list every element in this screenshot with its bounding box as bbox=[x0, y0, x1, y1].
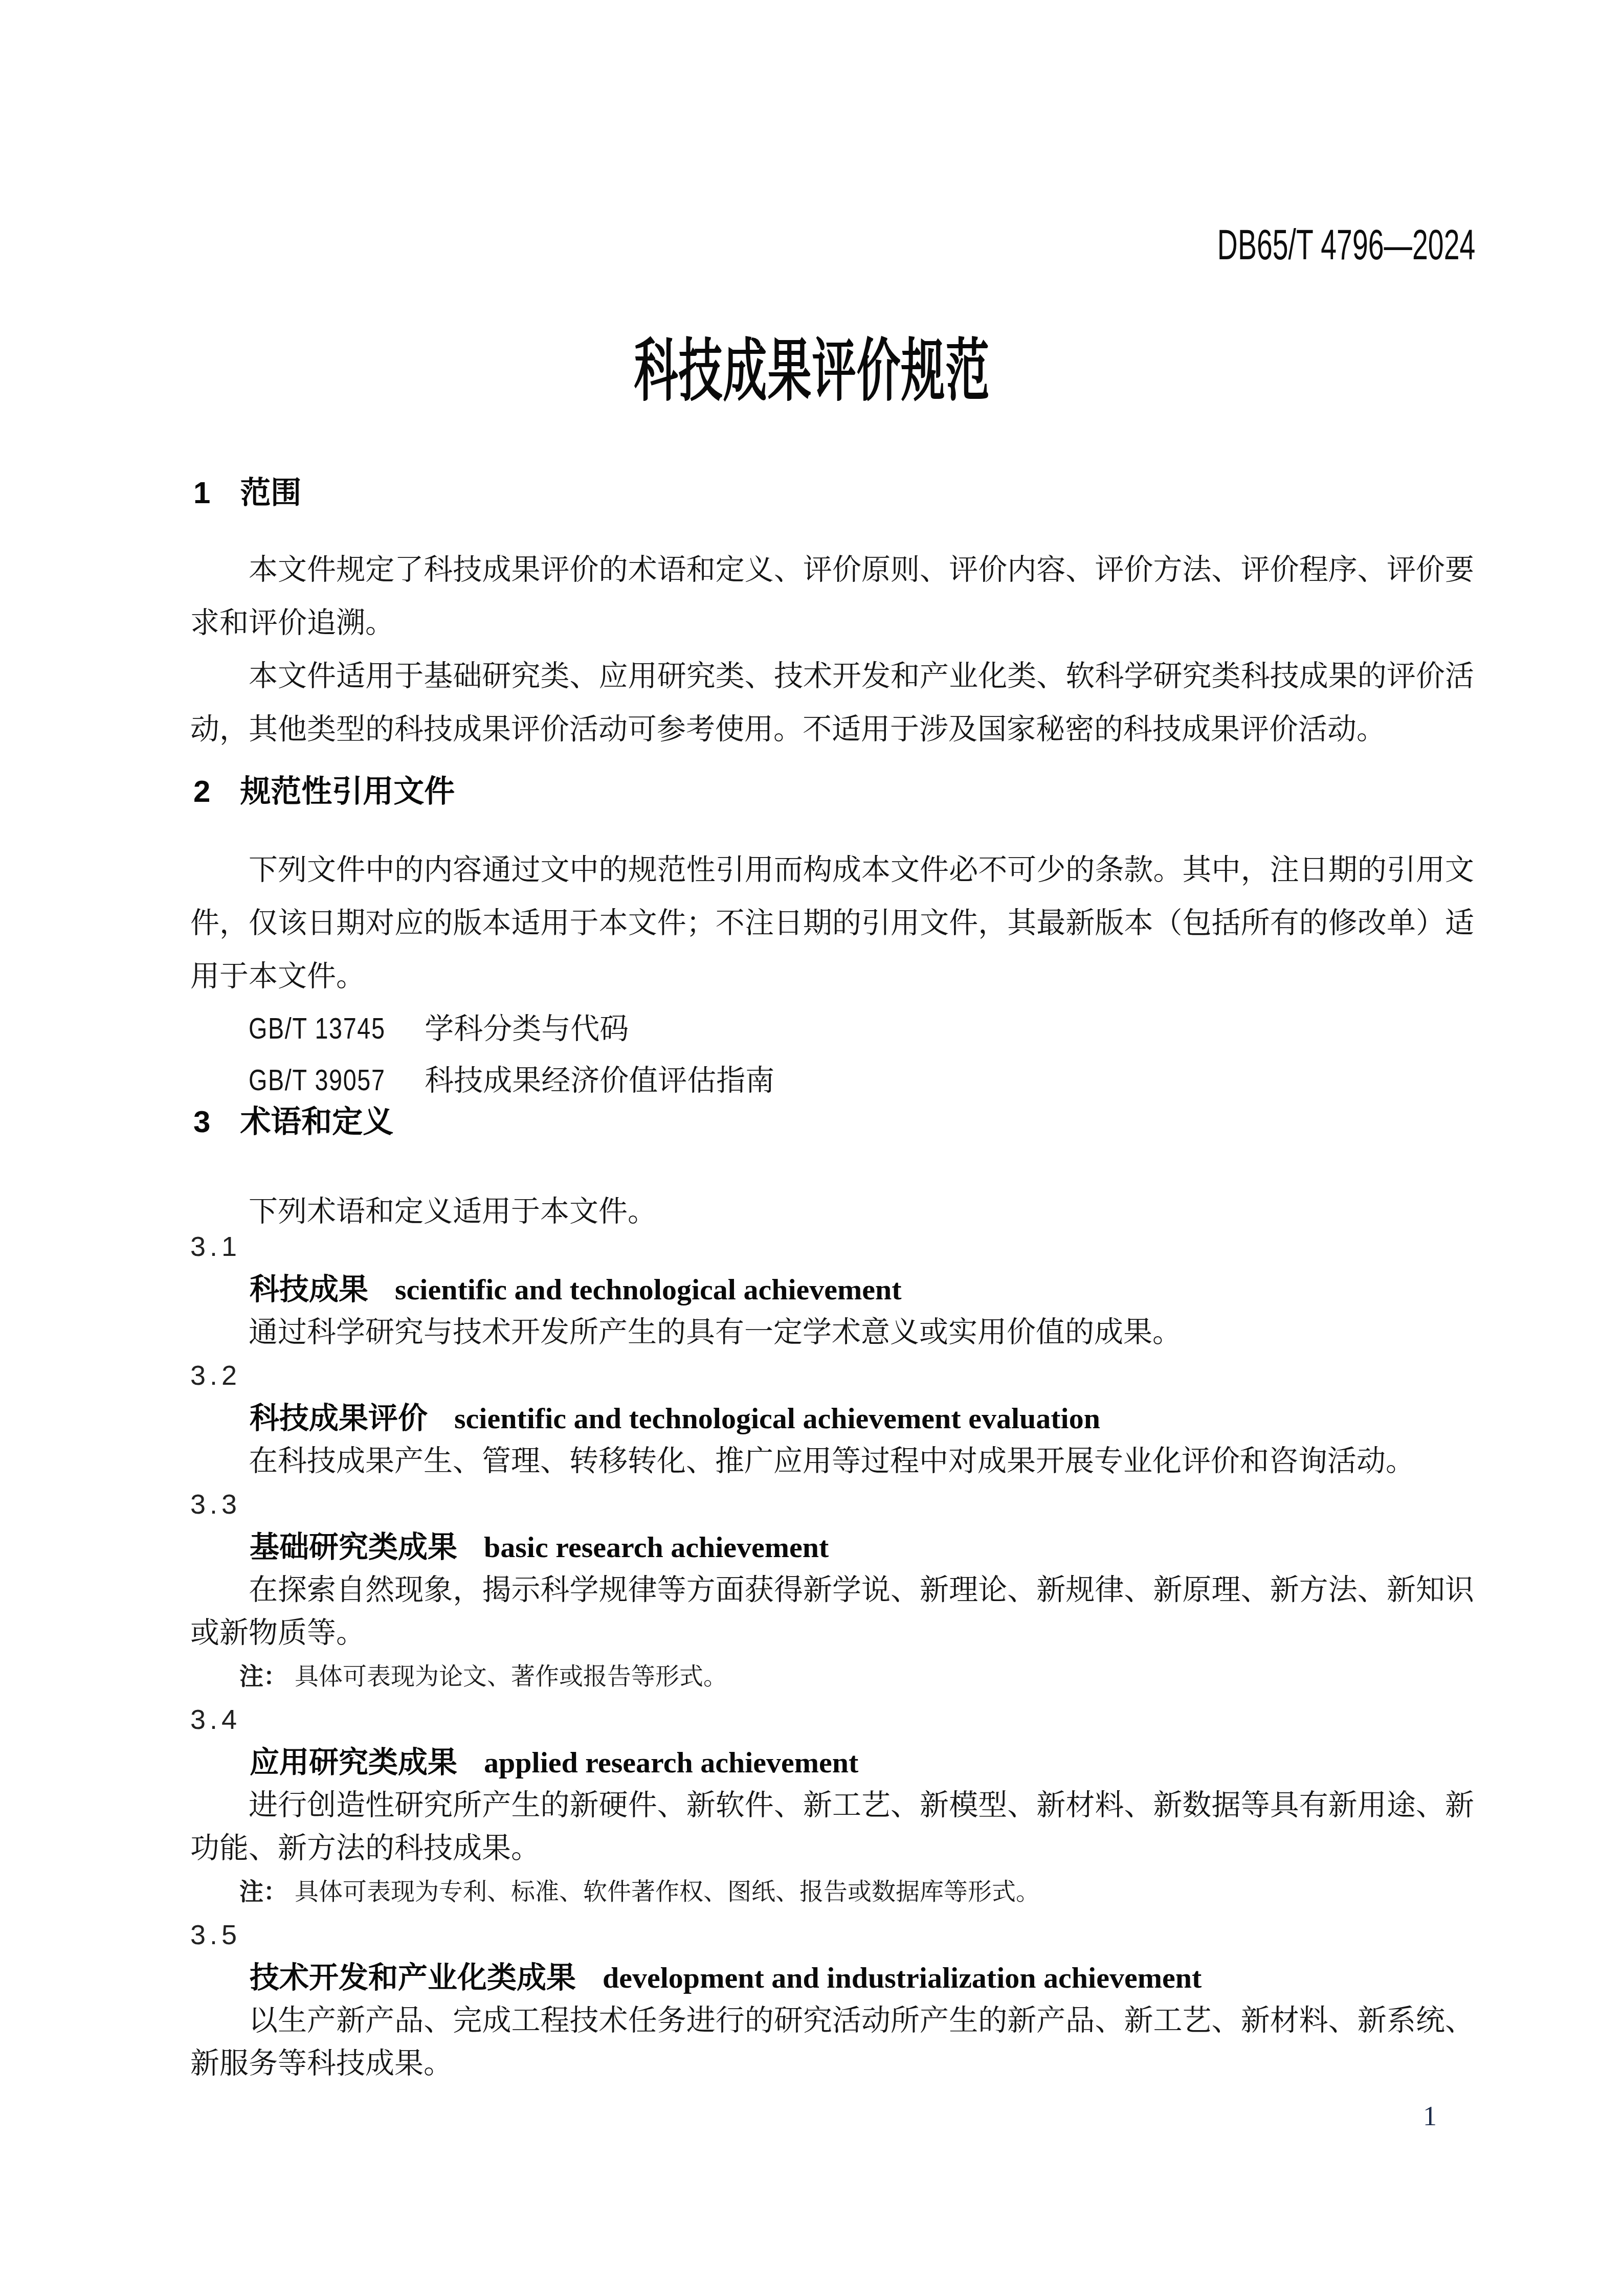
paragraph: 下列文件中的内容通过文中的规范性引用而构成本文件必不可少的条款。其中，注日期的引… bbox=[190, 844, 1474, 1003]
term-definition: 在探索自然现象，揭示科学规律等方面获得新学说、新理论、新规律、新原理、新方法、新… bbox=[190, 1569, 1474, 1655]
term-name: 技术开发和产业化类成果development and industrializa… bbox=[190, 1956, 1474, 1999]
reference-code: GB/T 13745 bbox=[249, 1003, 386, 1054]
term-en: applied research achievement bbox=[484, 1746, 858, 1779]
reference-item: GB/T 13745学科分类与代码 bbox=[190, 1003, 1474, 1055]
document-page: DB65/T 4796—2024 科技成果评价规范 1范围 本文件规定了科技成果… bbox=[0, 0, 1624, 2296]
term-note: 注：具体可表现为论文、著作或报告等形式。 bbox=[190, 1655, 1474, 1698]
reference-title: 科技成果经济价值评估指南 bbox=[425, 1065, 774, 1097]
term-number: 3.1 bbox=[190, 1225, 1474, 1268]
term-zh: 技术开发和产业化类成果 bbox=[250, 1961, 576, 1994]
term-zh: 基础研究类成果 bbox=[250, 1530, 457, 1564]
section-number: 2 bbox=[193, 774, 211, 808]
section-title: 规范性引用文件 bbox=[240, 774, 455, 808]
term-zh: 科技成果 bbox=[250, 1273, 368, 1306]
standard-code: DB65/T 4796—2024 bbox=[1217, 223, 1475, 266]
term-definition: 通过科学研究与技术开发所产生的具有一定学术意义或实用价值的成果。 bbox=[190, 1311, 1474, 1354]
term-number: 3.5 bbox=[190, 1914, 1474, 1956]
paragraph: 本文件适用于基础研究类、应用研究类、技术开发和产业化类、软科学研究类科技成果的评… bbox=[190, 650, 1474, 756]
section-2-body: 下列文件中的内容通过文中的规范性引用而构成本文件必不可少的条款。其中，注日期的引… bbox=[190, 844, 1474, 1003]
term-definition: 以生产新产品、完成工程技术任务进行的研究活动所产生的新产品、新工艺、新材料、新系… bbox=[190, 1999, 1474, 2085]
terms-and-definitions: 3.1 科技成果scientific and technological ach… bbox=[190, 1225, 1474, 2085]
term-name: 科技成果评价scientific and technological achie… bbox=[190, 1397, 1474, 1440]
note-text: 具体可表现为论文、著作或报告等形式。 bbox=[295, 1663, 727, 1690]
term-zh: 应用研究类成果 bbox=[250, 1746, 457, 1779]
document-title: 科技成果评价规范 bbox=[0, 333, 1624, 410]
section-1-body: 本文件规定了科技成果评价的术语和定义、评价原则、评价内容、评价方法、评价程序、评… bbox=[190, 544, 1474, 756]
section-title: 术语和定义 bbox=[240, 1105, 393, 1139]
term-number: 3.3 bbox=[190, 1483, 1474, 1526]
note-label: 注： bbox=[239, 1662, 287, 1690]
section-number: 1 bbox=[193, 476, 211, 510]
term-number: 3.4 bbox=[190, 1698, 1474, 1741]
term-definition: 在科技成果产生、管理、转移转化、推广应用等过程中对成果开展专业化评价和咨询活动。 bbox=[190, 1440, 1474, 1483]
section-3-heading: 3术语和定义 bbox=[193, 1104, 393, 1140]
normative-references: GB/T 13745学科分类与代码 GB/T 39057科技成果经济价值评估指南 bbox=[190, 1003, 1474, 1107]
section-2-heading: 2规范性引用文件 bbox=[193, 773, 455, 810]
section-1-heading: 1范围 bbox=[193, 475, 301, 511]
term-note: 注：具体可表现为专利、标准、软件著作权、图纸、报告或数据库等形式。 bbox=[190, 1870, 1474, 1914]
term-en: scientific and technological achievement… bbox=[454, 1402, 1100, 1435]
term-name: 科技成果scientific and technological achieve… bbox=[190, 1268, 1474, 1311]
term-en: development and industrialization achiev… bbox=[603, 1961, 1202, 1994]
term-name: 基础研究类成果basic research achievement bbox=[190, 1526, 1474, 1569]
term-zh: 科技成果评价 bbox=[250, 1402, 428, 1435]
reference-title: 学科分类与代码 bbox=[425, 1013, 629, 1045]
reference-item: GB/T 39057科技成果经济价值评估指南 bbox=[190, 1055, 1474, 1107]
paragraph: 本文件规定了科技成果评价的术语和定义、评价原则、评价内容、评价方法、评价程序、评… bbox=[190, 544, 1474, 650]
note-label: 注： bbox=[239, 1878, 287, 1905]
section-number: 3 bbox=[193, 1105, 211, 1139]
term-en: scientific and technological achievement bbox=[395, 1273, 902, 1306]
page-number: 1 bbox=[1423, 2101, 1437, 2131]
note-text: 具体可表现为专利、标准、软件著作权、图纸、报告或数据库等形式。 bbox=[295, 1879, 1040, 1905]
section-title: 范围 bbox=[240, 476, 301, 510]
term-number: 3.2 bbox=[190, 1354, 1474, 1397]
term-name: 应用研究类成果applied research achievement bbox=[190, 1741, 1474, 1784]
term-en: basic research achievement bbox=[484, 1530, 829, 1564]
term-definition: 进行创造性研究所产生的新硬件、新软件、新工艺、新模型、新材料、新数据等具有新用途… bbox=[190, 1784, 1474, 1870]
reference-code: GB/T 39057 bbox=[249, 1055, 386, 1106]
